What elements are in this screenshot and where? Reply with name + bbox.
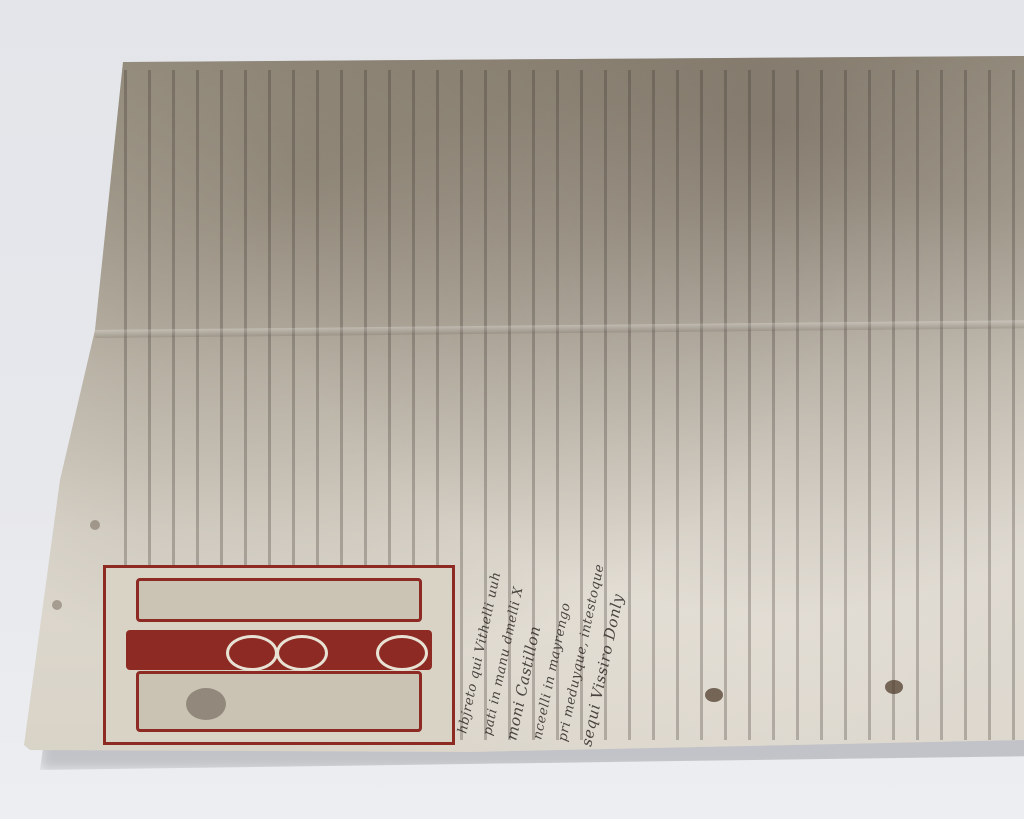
ink-stain xyxy=(885,680,903,694)
initial-swirl xyxy=(276,635,328,671)
initial-swirl xyxy=(376,635,428,671)
illuminated-initial xyxy=(103,565,455,745)
initial-roundel xyxy=(186,688,226,720)
ink-stain xyxy=(52,600,62,610)
initial-swirl xyxy=(226,635,278,671)
ink-stain xyxy=(90,520,100,530)
ink-stain xyxy=(705,688,723,702)
photo-scene: hbjreto qui Vithelli uuh pati in manu dm… xyxy=(0,0,1024,819)
initial-bottom-panel xyxy=(136,671,422,732)
initial-top-panel xyxy=(136,578,422,622)
